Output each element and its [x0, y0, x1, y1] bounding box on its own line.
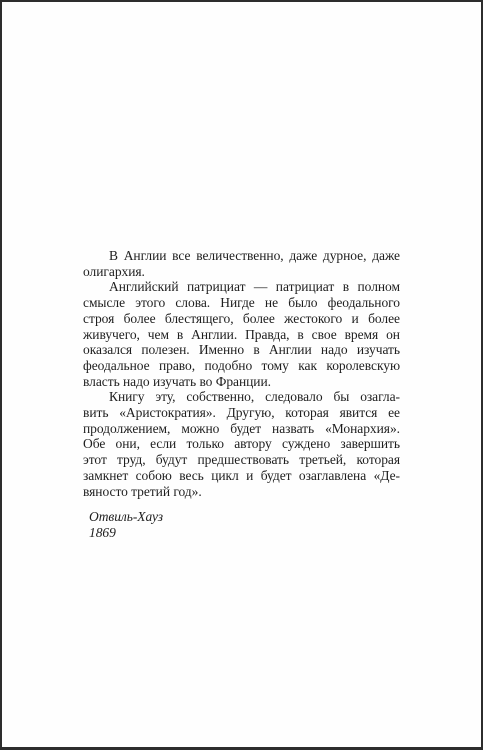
- book-page: В Англии все величественно, даже дурное,…: [0, 0, 483, 750]
- text-line: феодальное право, подобно тому как корол…: [83, 358, 400, 374]
- paragraphs: В Англии все величественно, даже дурное,…: [83, 248, 400, 499]
- text-line: замкнет собою весь цикл и будет озаглавл…: [83, 468, 400, 484]
- text-line: живучего, чем в Англии. Правда, в свое в…: [83, 327, 400, 343]
- text-line: Обе они, если только автору суждено заве…: [83, 436, 400, 452]
- text-line: Книгу эту, собственно, следовало бы озаг…: [83, 389, 400, 405]
- text-block: В Англии все величественно, даже дурное,…: [83, 248, 400, 541]
- text-line: вить «Аристократия». Другую, которая яви…: [83, 405, 400, 421]
- text-line: продолжением, можно будет назвать «Монар…: [83, 421, 400, 437]
- text-line: смысле этого слова. Нигде не было феодал…: [83, 295, 400, 311]
- text-line: этот труд, будут предшествовать третьей,…: [83, 452, 400, 468]
- text-line: Английский патрициат — патрициат в полно…: [83, 279, 400, 295]
- text-line: оказался полезен. Именно в Англии надо и…: [83, 342, 400, 358]
- signature-year: 1869: [89, 525, 400, 541]
- text-line: олигархия.: [83, 264, 400, 280]
- signature: Отвиль-Хауз 1869: [89, 509, 400, 540]
- text-line: вяносто третий год».: [83, 484, 400, 500]
- text-line: строя более блестящего, более жестокого …: [83, 311, 400, 327]
- signature-place: Отвиль-Хауз: [89, 509, 400, 525]
- text-line: власть надо изучать во Франции.: [83, 374, 400, 390]
- text-line: В Англии все величественно, даже дурное,…: [83, 248, 400, 264]
